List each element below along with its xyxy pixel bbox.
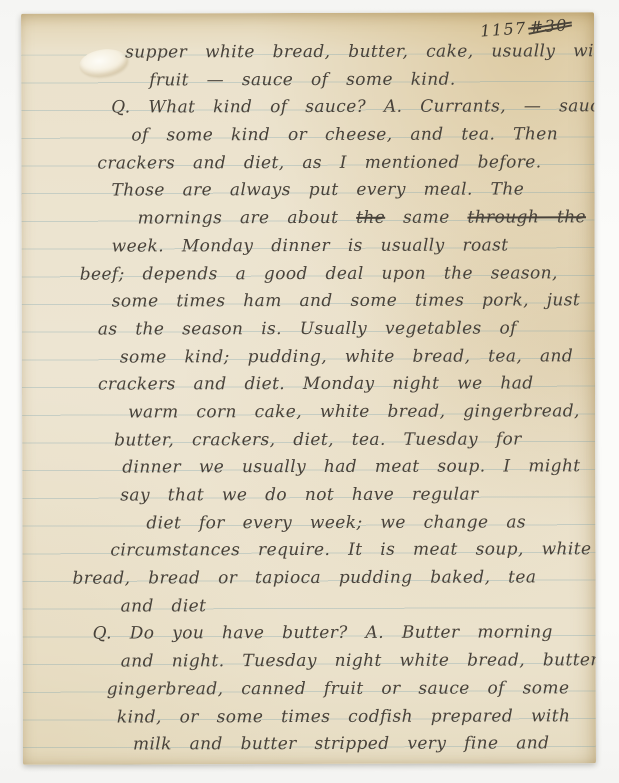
manuscript-line: of some kind or cheese, and tea. Then — [21, 121, 594, 150]
manuscript-page: 1157#30 supper white bread, butter, cake… — [21, 12, 596, 764]
manuscript-line: and night. Tuesday night white bread, bu… — [23, 647, 596, 676]
handwritten-text: butter, crackers, diet, tea. Tuesday for — [114, 429, 522, 450]
manuscript-line: fruit — sauce of some kind. — [21, 66, 594, 95]
handwritten-text: crackers and diet. Monday night we had — [98, 374, 534, 395]
handwritten-text: as the season is. Usually vegetables of — [98, 318, 517, 339]
manuscript-line: say that we do not have regular — [22, 481, 595, 510]
manuscript-line: Q. Do you have butter? A. Butter morning — [23, 620, 596, 649]
manuscript-line: circumstances require. It is meat soup, … — [22, 537, 595, 566]
crossed-out-number: #30 — [529, 15, 569, 37]
handwritten-text: kind, or some times codfish prepared wit… — [117, 706, 570, 727]
struck-text: the — [356, 208, 385, 228]
handwritten-text: and night. Tuesday night white bread, bu… — [121, 650, 596, 671]
manuscript-line: week. Monday dinner is usually roast — [22, 232, 595, 261]
handwritten-text: supper white bread, butter, cake, usuall… — [125, 41, 596, 62]
manuscript-line: as the season is. Usually vegetables of — [22, 315, 595, 344]
manuscript-line: kind, or some times codfish prepared wit… — [23, 703, 596, 732]
handwritten-text: Q. Do you have butter? A. Butter morning — [93, 623, 553, 644]
manuscript-line: beef; depends a good deal upon the seaso… — [22, 260, 595, 289]
handwritten-text: mornings are about — [138, 208, 357, 229]
handwritten-text: same — [385, 208, 467, 228]
handwritten-text: dinner we usually had meat soup. I might — [122, 457, 580, 478]
manuscript-line: and diet — [23, 592, 596, 621]
manuscript-line: some times ham and some times pork, just — [22, 287, 595, 316]
manuscript-line: butter, crackers, diet, tea. Tuesday for — [22, 426, 595, 455]
struck-text: through the — [467, 207, 586, 227]
manuscript-line: warm corn cake, white bread, gingerbread… — [22, 398, 595, 427]
manuscript-line: some kind; pudding, white bread, tea, an… — [22, 343, 595, 372]
handwritten-text: some times ham and some times pork, just — [112, 290, 580, 311]
manuscript-line: mornings are about the same through the — [22, 204, 595, 233]
manuscript-line: diet for every week; we change as — [22, 509, 595, 538]
manuscript-text: supper white bread, butter, cake, usuall… — [21, 38, 596, 759]
handwritten-text: Those are always put every meal. The — [111, 180, 524, 201]
handwritten-text: say that we do not have regular — [120, 485, 478, 506]
handwritten-text: bread, bread or tapioca pudding baked, t… — [72, 567, 536, 588]
manuscript-line: gingerbread, canned fruit or sauce of so… — [23, 675, 596, 704]
handwritten-text: warm corn cake, white bread, gingerbread… — [128, 401, 580, 422]
handwritten-text: week. Monday dinner is usually roast — [112, 235, 509, 256]
manuscript-line: dinner we usually had meat soup. I might — [22, 454, 595, 483]
handwritten-text: crackers and diet, as I mentioned before… — [97, 152, 541, 173]
handwritten-text: some kind; pudding, white bread, tea, an… — [120, 346, 573, 367]
manuscript-line: crackers and diet, as I mentioned before… — [21, 149, 594, 178]
manuscript-line: Those are always put every meal. The — [21, 177, 594, 206]
handwritten-text: circumstances require. It is meat soup, … — [110, 540, 591, 561]
handwritten-text: and diet — [121, 596, 207, 616]
manuscript-line: supper white bread, butter, cake, usuall… — [21, 38, 594, 67]
manuscript-line: crackers and diet. Monday night we had — [22, 371, 595, 400]
handwritten-text: fruit — sauce of some kind. — [149, 69, 456, 90]
handwritten-text: beef; depends a good deal upon the seaso… — [80, 263, 558, 284]
manuscript-line: milk and butter stripped very fine and — [23, 730, 596, 759]
handwritten-text: Q. What kind of sauce? A. Currants, — sa… — [111, 97, 596, 118]
manuscript-line: bread, bread or tapioca pudding baked, t… — [22, 564, 595, 593]
manuscript-line: Q. What kind of sauce? A. Currants, — sa… — [21, 94, 594, 123]
handwritten-text: of some kind or cheese, and tea. Then — [131, 124, 558, 145]
handwritten-text: gingerbread, canned fruit or sauce of so… — [107, 678, 570, 699]
page-number: 1157 — [480, 18, 528, 40]
handwritten-text: diet for every week; we change as — [146, 512, 526, 533]
page-number-annotation: 1157#30 — [480, 15, 569, 40]
handwritten-text: milk and butter stripped very fine and — [133, 734, 550, 755]
